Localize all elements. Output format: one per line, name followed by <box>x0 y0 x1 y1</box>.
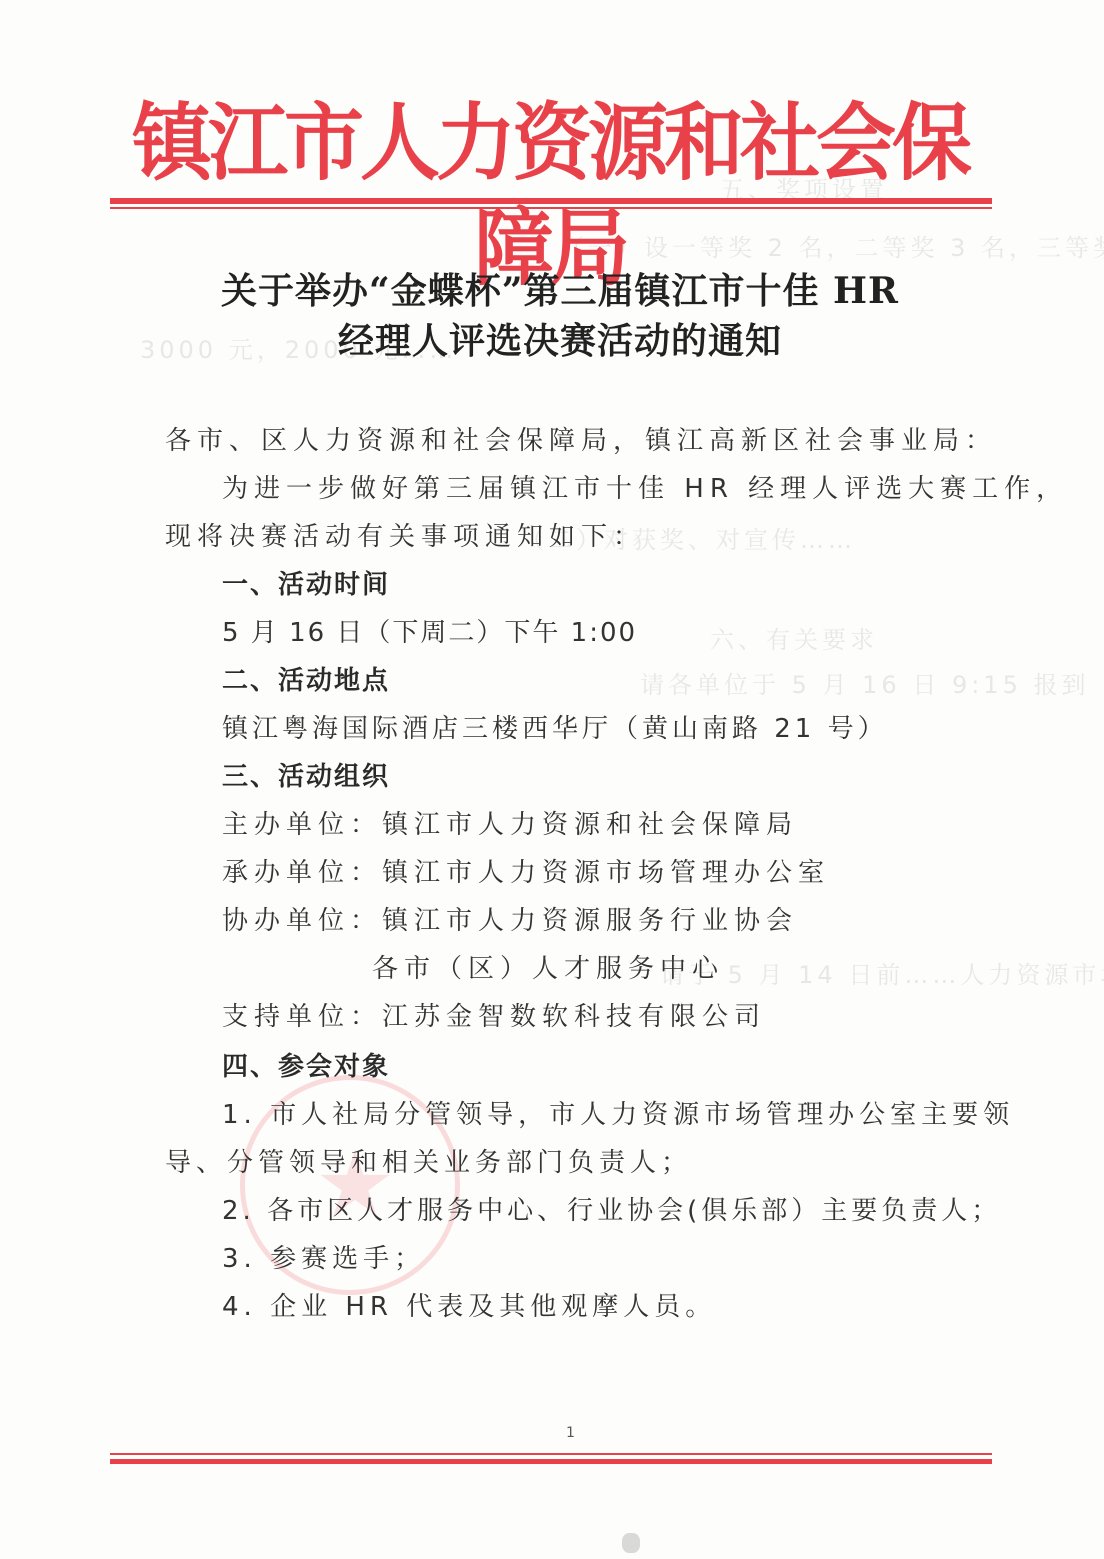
intro-paragraph-line1: 为进一步做好第三届镇江市十佳 HR 经理人评选大赛工作， <box>222 472 1068 506</box>
undertaking-organizer: 承办单位：镇江市人力资源市场管理办公室 <box>222 856 830 890</box>
document-page: 五、奖项设置 （一）设一等奖 2 名，二等奖 3 名，三等奖 5 名， 3000… <box>0 0 1104 1559</box>
supporting-organizer: 支持单位：江苏金智数软科技有限公司 <box>222 1000 766 1034</box>
intro-paragraph-line2: 现将决赛活动有关事项通知如下： <box>165 520 645 554</box>
host-organizer: 主办单位：镇江市人力资源和社会保障局 <box>222 808 798 842</box>
footer-rule-thin <box>110 1453 992 1455</box>
scan-smudge <box>622 1533 640 1553</box>
event-time: 5 月 16 日（下周二）下午 1:00 <box>222 616 637 650</box>
attendee-item-2: 2. 各市区人才服务中心、行业协会(俱乐部）主要负责人； <box>222 1194 1001 1228</box>
section-heading-time: 一、活动时间 <box>222 568 390 602</box>
section-heading-location: 二、活动地点 <box>222 664 390 698</box>
document-title-line1: 关于举办“金蝶杯”第三届镇江市十佳 HR <box>150 266 970 316</box>
section-heading-organization: 三、活动组织 <box>222 760 390 794</box>
salutation: 各市、区人力资源和社会保障局，镇江高新区社会事业局： <box>165 424 997 458</box>
attendee-item-1: 1. 市人社局分管领导，市人力资源市场管理办公室主要领 <box>222 1098 1014 1132</box>
co-organizer-2: 各市（区）人才服务中心 <box>372 952 724 986</box>
bleed-through-text: 请各单位于 5 月 16 日 9:15 报到 <box>640 665 1089 700</box>
event-location: 镇江粤海国际酒店三楼西华厅（黄山南路 21 号） <box>222 712 888 746</box>
attendee-item-4: 4. 企业 HR 代表及其他观摩人员。 <box>222 1290 716 1324</box>
document-title-line2: 经理人评选决赛活动的通知 <box>150 316 970 366</box>
co-organizer: 协办单位：镇江市人力资源服务行业协会 <box>222 904 798 938</box>
section-heading-attendees: 四、参会对象 <box>222 1050 390 1084</box>
bleed-through-text: 六、有关要求 <box>710 620 878 655</box>
bleed-through-text: 请于 5 月 14 日前……人力资源市场管理 <box>660 955 1104 990</box>
footer-rule-thick <box>110 1459 992 1464</box>
letterhead-rule-thick <box>110 198 992 204</box>
letterhead-rule-thin <box>110 207 992 209</box>
page-number: 1 <box>566 1425 575 1441</box>
attendee-item-1-cont: 导、分管领导和相关业务部门负责人； <box>165 1146 692 1180</box>
attendee-item-3: 3. 参赛选手； <box>222 1242 425 1276</box>
